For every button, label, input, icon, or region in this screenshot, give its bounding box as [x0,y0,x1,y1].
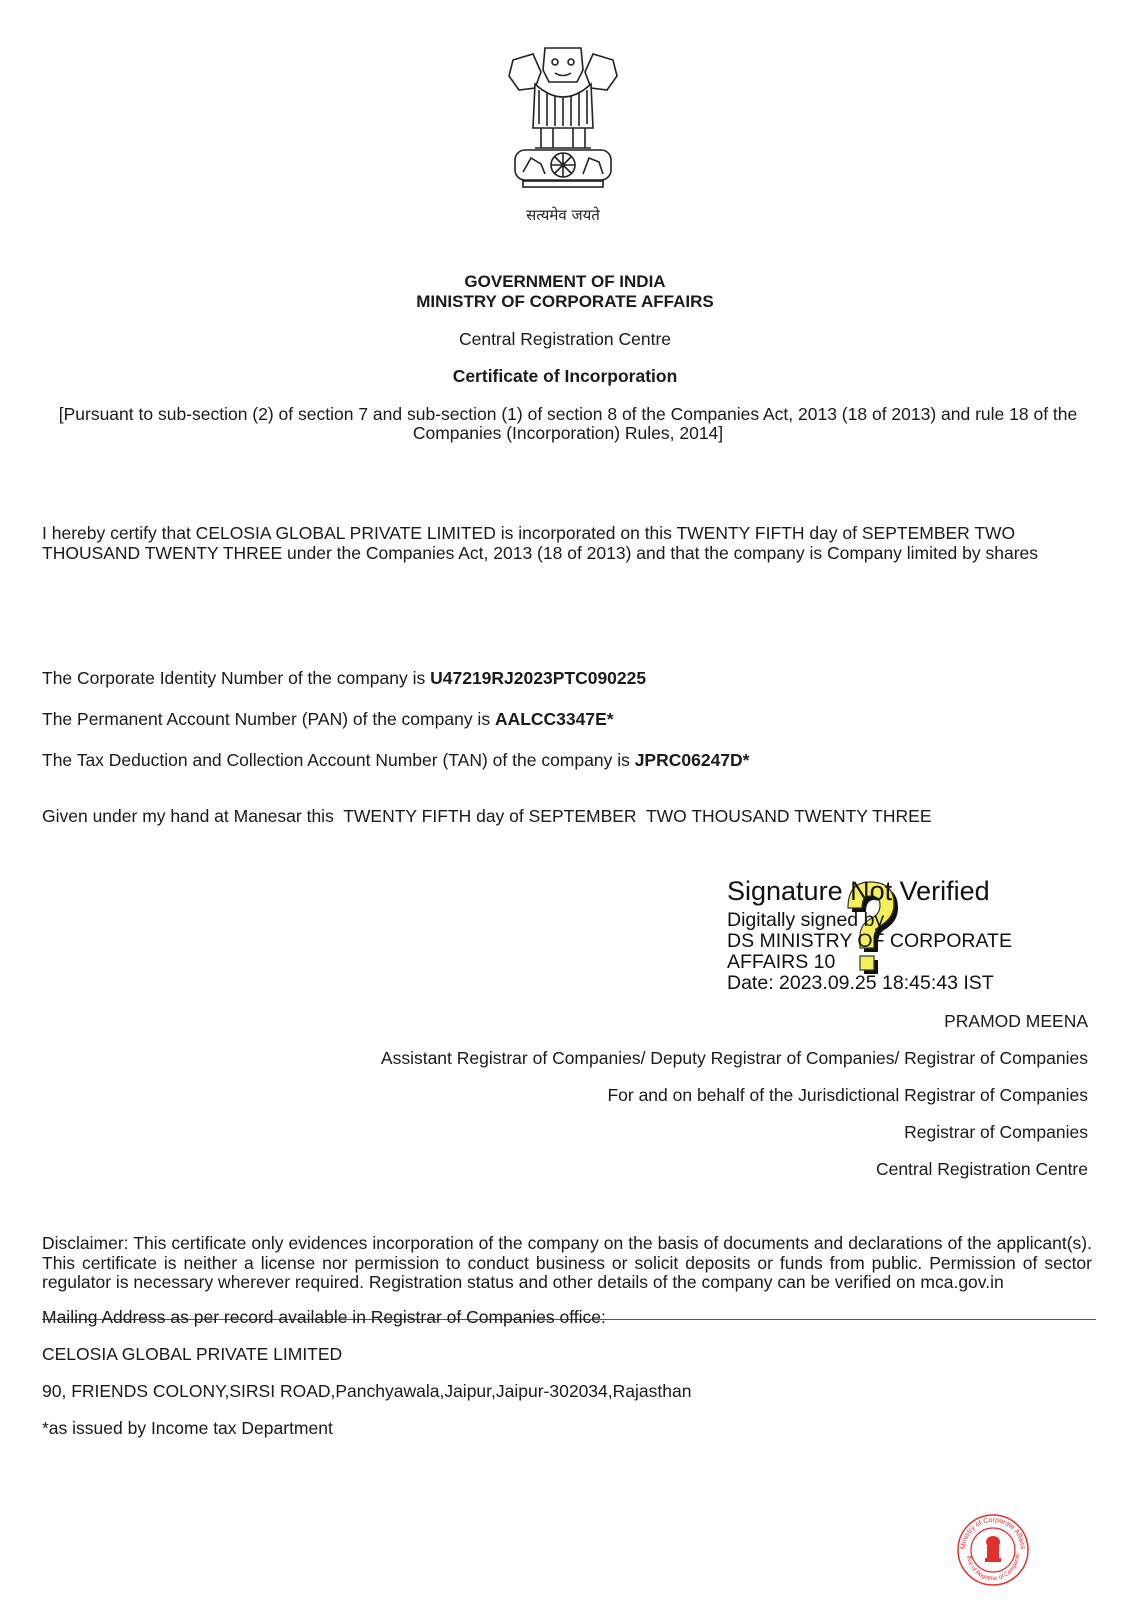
tan-value: JPRC06247D* [635,750,750,770]
signed-by-label: Digitally signed by [727,910,1057,931]
tan-label: The Tax Deduction and Collection Account… [42,750,635,770]
registrar-on-behalf: For and on behalf of the Jurisdictional … [607,1085,1088,1106]
signer-line-2: AFFAIRS 10 [727,952,1057,973]
cin-line: The Corporate Identity Number of the com… [42,668,646,689]
mailing-address: 90, FRIENDS COLONY,SIRSI ROAD,Panchyawal… [42,1381,691,1402]
pan-tan-footnote: *as issued by Income tax Department [42,1418,333,1439]
digital-signature-block: Signature Not Verified Digitally signed … [727,874,1057,994]
national-emblem [505,40,621,190]
disclaimer: Disclaimer: This certificate only eviden… [42,1234,1092,1293]
pursuant-clause: [Pursuant to sub-section (2) of section … [48,405,1088,443]
mca-link[interactable]: mca.gov.in [920,1272,1003,1292]
cin-value: U47219RJ2023PTC090225 [430,668,646,688]
registrar-name: PRAMOD MEENA [944,1011,1088,1032]
pan-line: The Permanent Account Number (PAN) of th… [42,709,614,730]
certification-statement: I hereby certify that CELOSIA GLOBAL PRI… [42,524,1092,563]
given-under-hand: Given under my hand at Manesar this TWEN… [42,806,932,827]
pan-value: AALCC3347E* [495,709,614,729]
registrar-office: Registrar of Companies [904,1122,1088,1143]
emblem-motto: सत्यमेव जयते [505,205,621,225]
ministry-seal-icon: Ministry of Corporate Affairs Office of … [955,1512,1031,1588]
signature-status-text: Signature Not Verified [727,874,1057,908]
signer-line-1: DS MINISTRY OF CORPORATE [727,931,1057,952]
ashoka-lion-capital-icon [505,40,621,190]
mailing-label: Mailing Address as per record available … [42,1307,606,1328]
government-heading: GOVERNMENT OF INDIA [0,272,1130,291]
office-heading: Central Registration Centre [0,329,1130,350]
cin-label: The Corporate Identity Number of the com… [42,668,430,688]
mailing-company: CELOSIA GLOBAL PRIVATE LIMITED [42,1344,342,1365]
certificate-title: Certificate of Incorporation [0,366,1130,387]
tan-line: The Tax Deduction and Collection Account… [42,750,750,771]
ministry-seal: Ministry of Corporate Affairs Office of … [955,1512,1031,1588]
registrar-centre: Central Registration Centre [876,1159,1088,1180]
signature-date: Date: 2023.09.25 18:45:43 IST [727,973,1057,994]
pan-label: The Permanent Account Number (PAN) of th… [42,709,495,729]
ministry-heading: MINISTRY OF CORPORATE AFFAIRS [0,292,1130,311]
registrar-designation: Assistant Registrar of Companies/ Deputy… [381,1048,1088,1069]
